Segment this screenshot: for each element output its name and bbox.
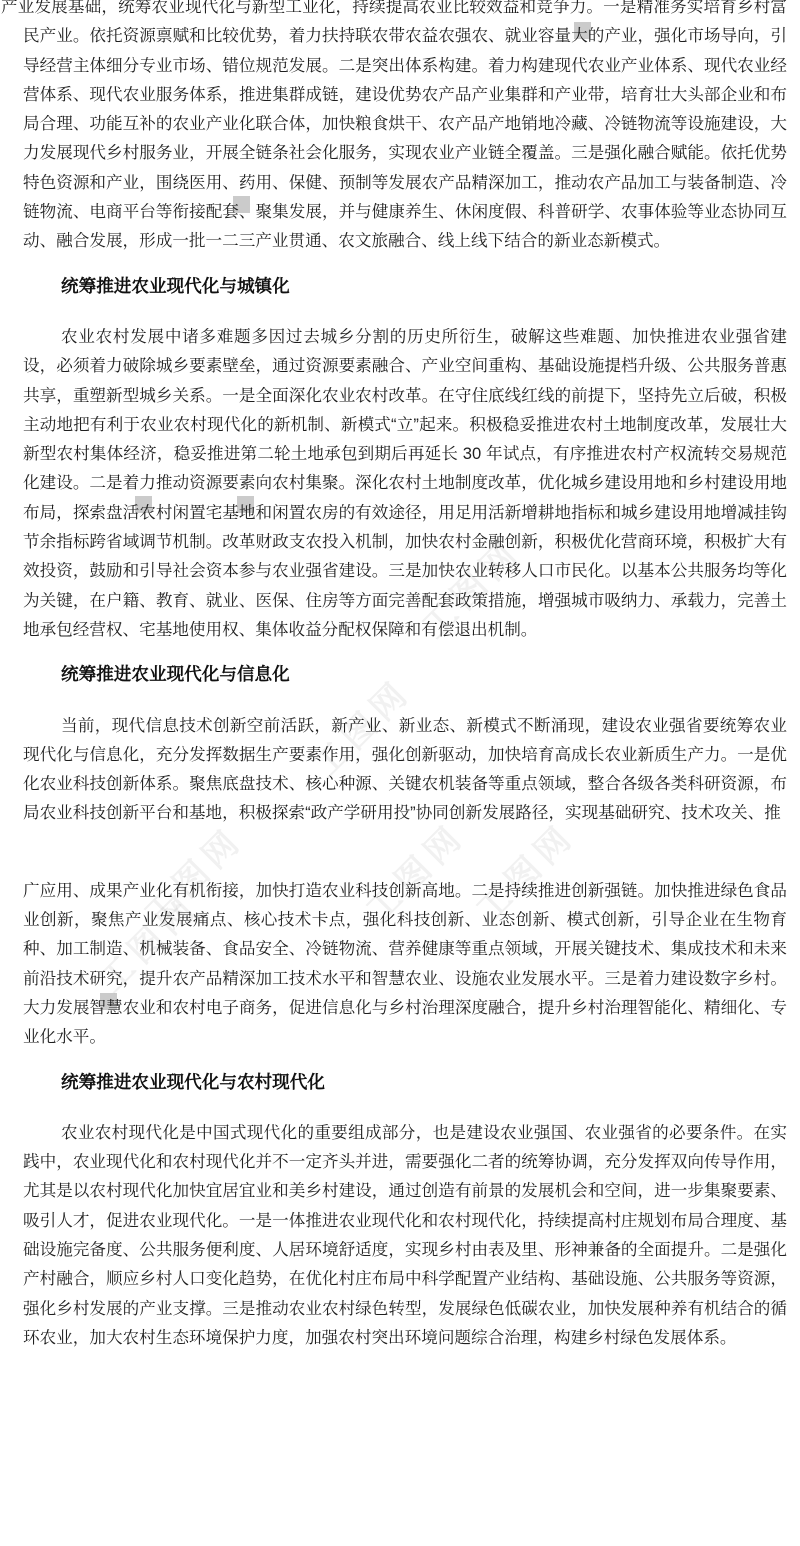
section-paragraph-rural-modernization: 农业农村现代化是中国式现代化的重要组成部分，也是建设农业强国、农业强省的必要条件… [23,1118,787,1352]
section-heading-urbanization: 统筹推进农业现代化与城镇化 [23,272,787,301]
page-break-gap [23,828,787,876]
section-heading-informatization: 统筹推进农业现代化与信息化 [23,660,787,689]
section-paragraph-urbanization: 农业农村发展中诸多难题多因过去城乡分割的历史所衍生，破解这些难题、加快推进农业强… [23,322,787,644]
paragraph-intro-continuation: 产业发展基础，统筹农业现代化与新型工业化，持续提高农业比较效益和竞争力。一是精准… [23,0,787,256]
article-body: 产业发展基础，统筹农业现代化与新型工业化，持续提高农业比较效益和竞争力。一是精准… [0,0,800,1352]
section-paragraph-informatization-part2: 广应用、成果产业化有机衔接，加快打造农业科技创新高地。二是持续推进创新强链。加快… [23,876,787,1052]
document-page: 工图网工图网工图网工图网工图网工图网 产业发展基础，统筹农业现代化与新型工业化，… [0,0,800,1546]
section-heading-rural-modernization: 统筹推进农业现代化与农村现代化 [23,1068,787,1097]
section-paragraph-informatization-part1: 当前，现代信息技术创新空前活跃，新产业、新业态、新模式不断涌现，建设农业强省要统… [23,711,787,828]
